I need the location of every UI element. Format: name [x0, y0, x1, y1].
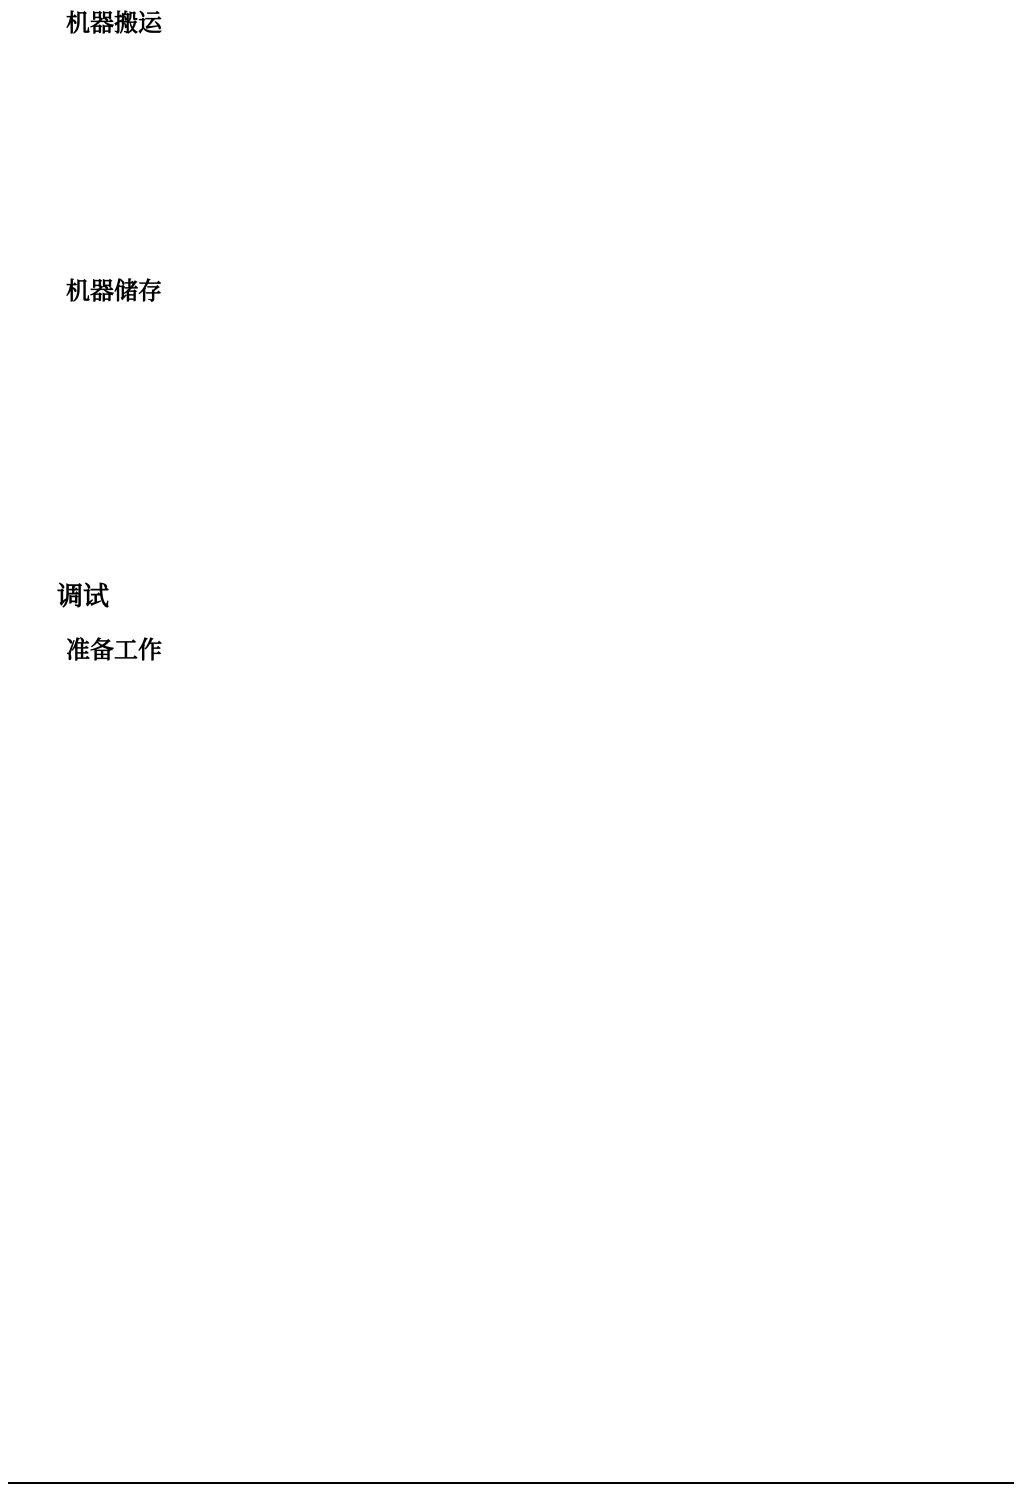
document-page: 机器搬运 机器储存 调试 准备工作 [0, 0, 1021, 1493]
heading-preparation-work: 准备工作 [66, 639, 162, 664]
footer-divider [8, 1482, 1014, 1484]
heading-commissioning: 调试 [57, 583, 109, 610]
heading-machine-storage: 机器储存 [66, 280, 162, 305]
heading-machine-transport: 机器搬运 [66, 12, 162, 37]
